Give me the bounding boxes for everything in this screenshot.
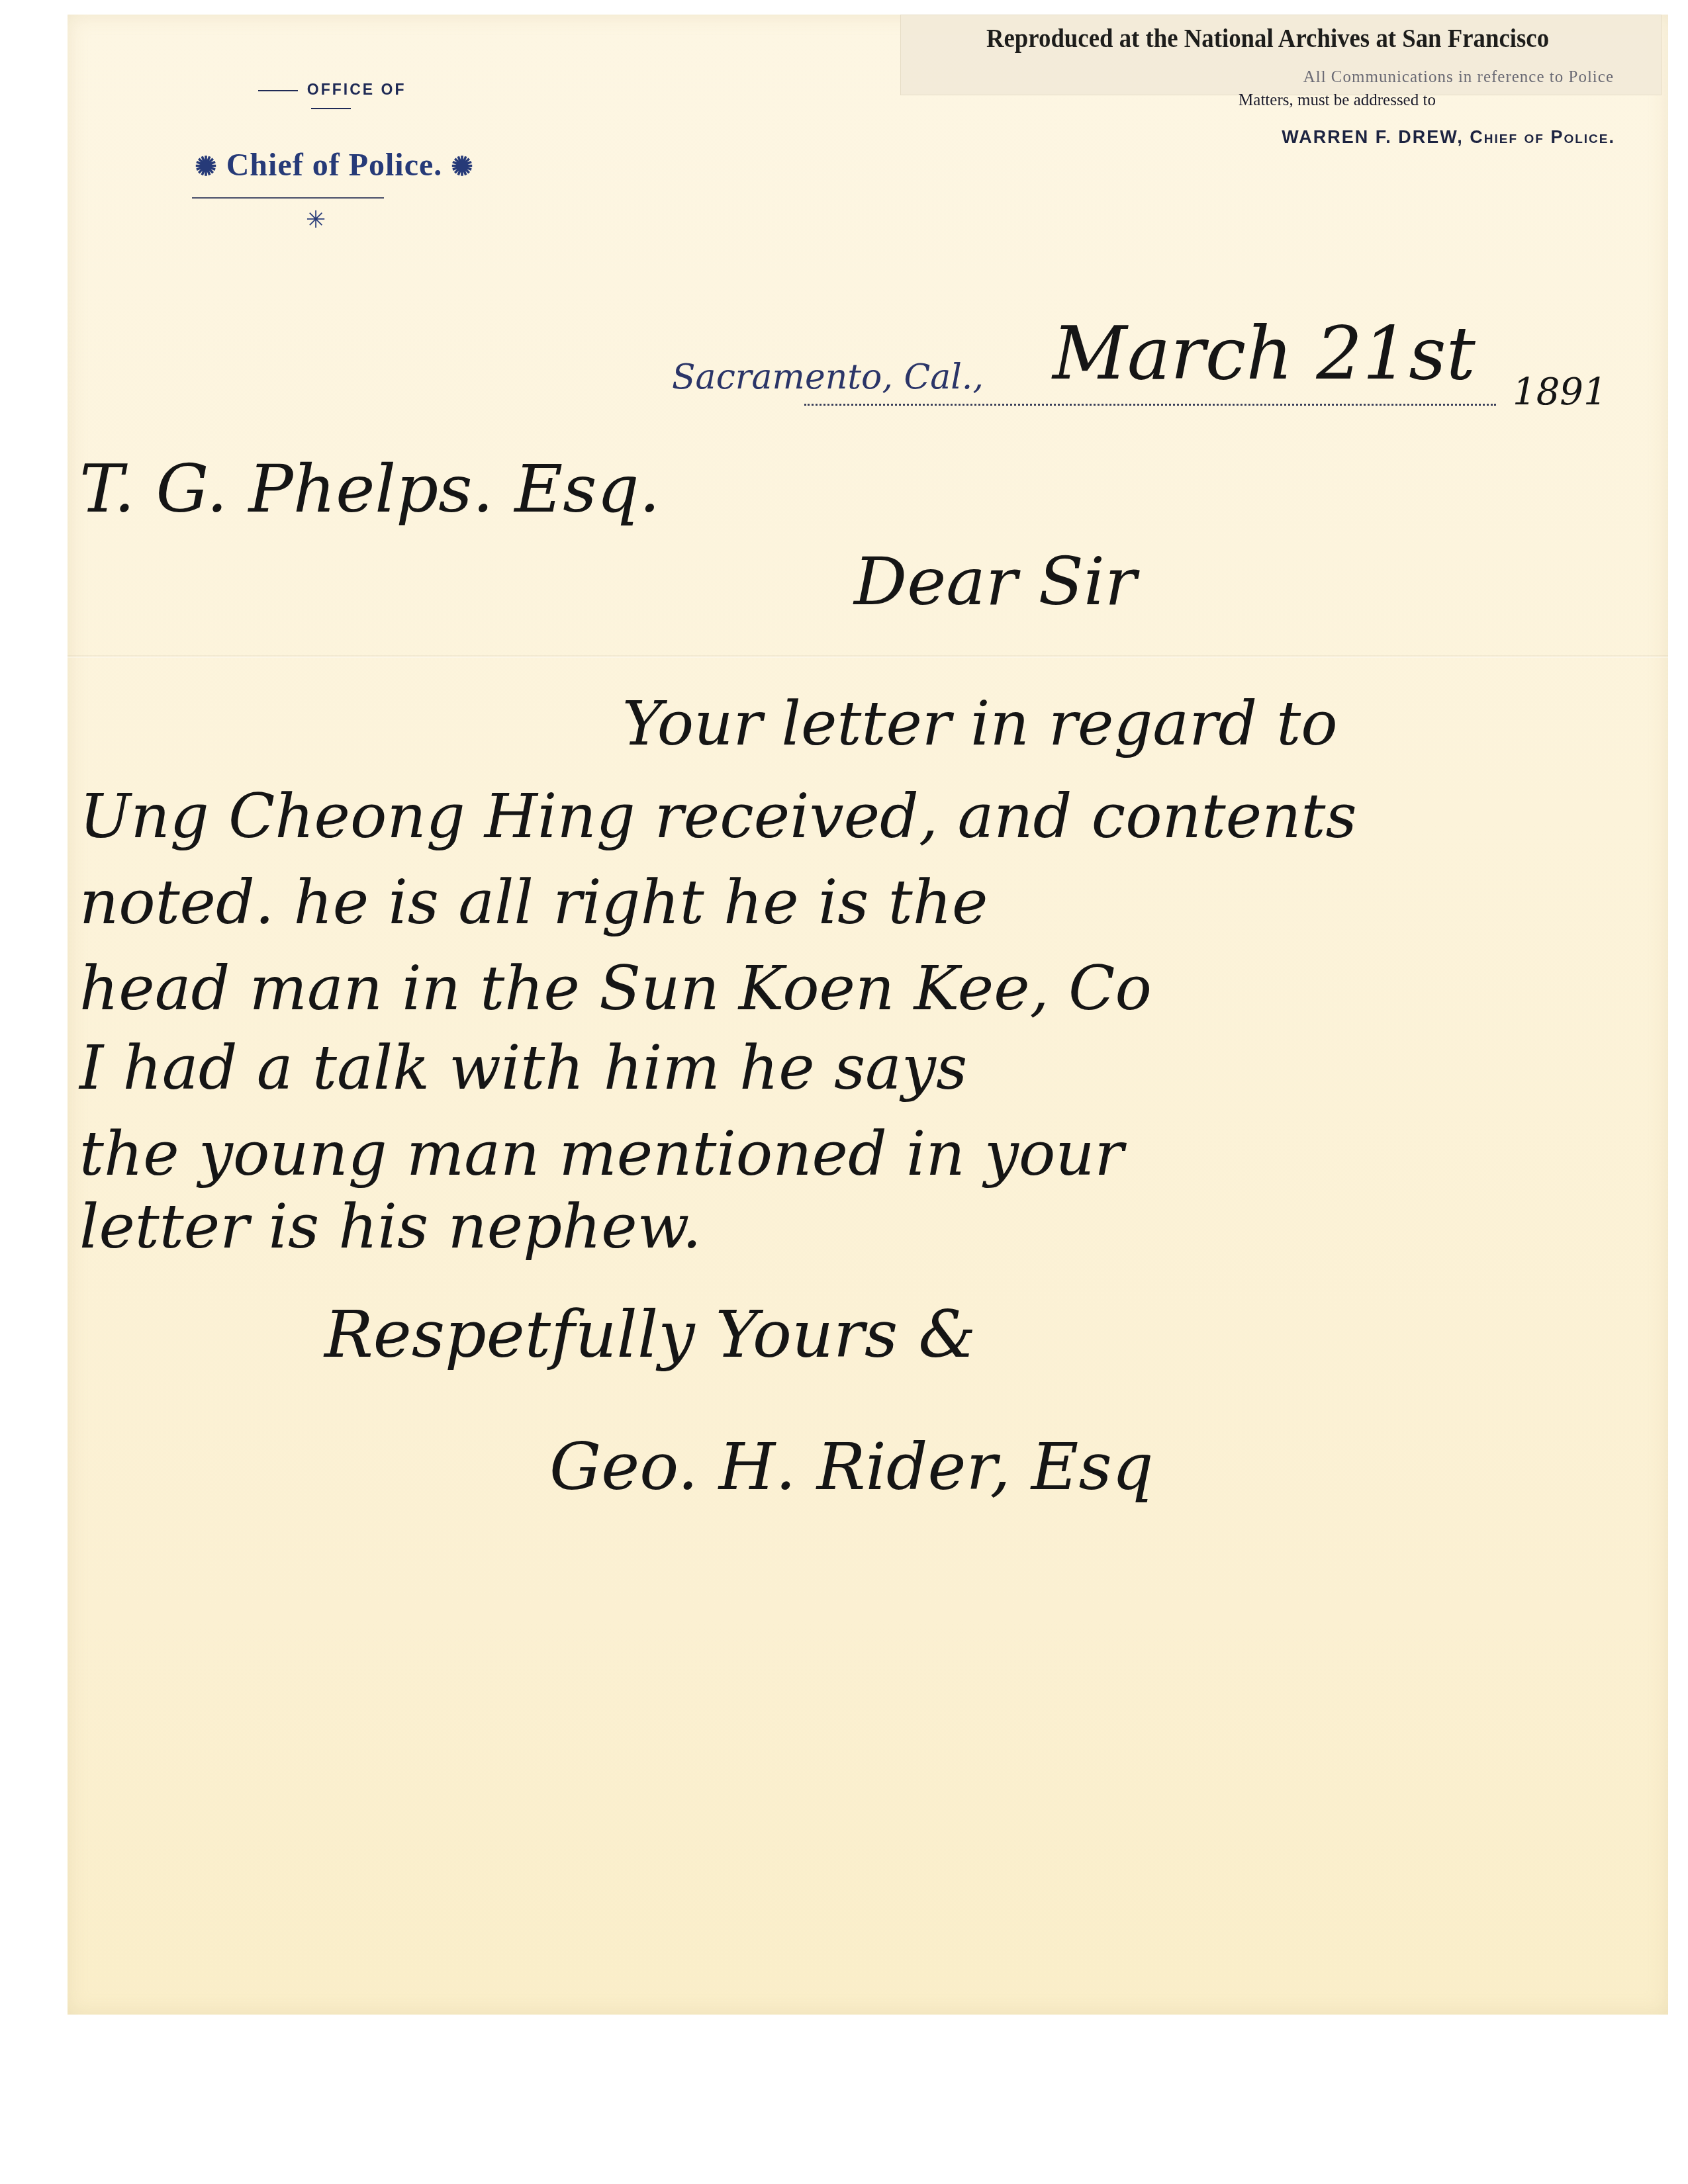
star-burst-icon: ✳ bbox=[306, 206, 326, 234]
office-of-label: OFFICE OF bbox=[307, 81, 406, 98]
sunburst-left-icon: ✺ bbox=[195, 152, 218, 181]
letterhead-department: ✺ Chief of Police. ✺ bbox=[165, 147, 503, 183]
department-label: Chief of Police. bbox=[226, 148, 443, 183]
archive-title: Reproduced at the National Archives at S… bbox=[963, 23, 1572, 54]
flourish-right-icon bbox=[311, 108, 351, 109]
recipient: T. G. Phelps. Esq. bbox=[79, 450, 660, 527]
body-line: Ung Cheong Hing received, and contents bbox=[79, 781, 1357, 852]
closing: Respetfully Yours & bbox=[324, 1297, 976, 1373]
body-line: I had a talk with him he says bbox=[79, 1032, 967, 1103]
body-line: noted. he is all right he is the bbox=[79, 867, 988, 938]
dateline-month-day: March 21st bbox=[1053, 311, 1476, 396]
dateline-place: Sacramento, Cal., bbox=[672, 357, 984, 397]
body-line: the young man mentioned in your bbox=[79, 1118, 1124, 1189]
letterhead-communications-line2: Matters, must be addressed to bbox=[1072, 91, 1602, 110]
letterhead-communications-line1: All Communications in reference to Polic… bbox=[1303, 68, 1614, 87]
letterhead-chief-name: WARREN F. DREW, Chief of Police. bbox=[1033, 127, 1615, 148]
dateline-dotted-rule bbox=[804, 404, 1496, 406]
flourish-left-icon bbox=[258, 90, 298, 91]
chief-name: WARREN F. DREW, bbox=[1282, 127, 1464, 147]
signature: Geo. H. Rider, Esq bbox=[549, 1430, 1153, 1505]
chief-title: Chief of Police. bbox=[1470, 127, 1615, 147]
letterhead-rule bbox=[192, 197, 384, 199]
body-line: head man in the Sun Koen Kee, Co bbox=[79, 953, 1152, 1024]
salutation: Dear Sir bbox=[854, 543, 1137, 620]
letterhead-office-of: OFFICE OF bbox=[232, 81, 430, 116]
body-line: letter is his nephew. bbox=[79, 1191, 702, 1262]
body-line: Your letter in regard to bbox=[622, 688, 1338, 759]
sunburst-right-icon: ✺ bbox=[451, 152, 474, 181]
dateline-year: 1891 bbox=[1513, 371, 1607, 414]
